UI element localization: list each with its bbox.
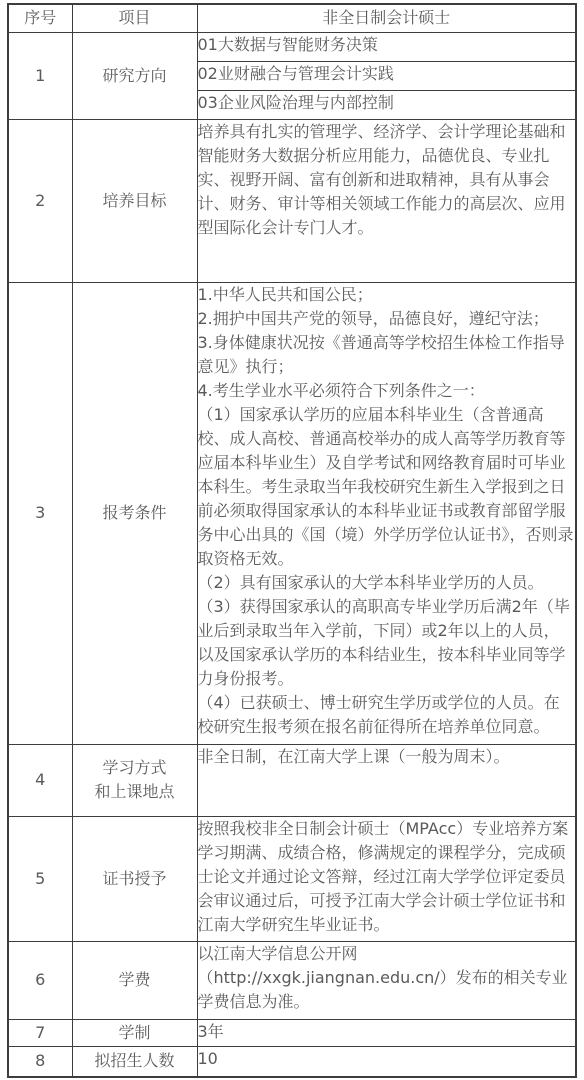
header-item: 项目 [72, 4, 197, 32]
study-mode-text: 非全日制，在江南大学上课（一般为周末）。 [197, 744, 576, 816]
application-requirements-text: 1.中华人民共和国公民； 2.拥护中国共产党的领导，品德良好，遵纪守法； 3.身… [197, 282, 576, 744]
row-label-research-directions: 研究方向 [72, 32, 197, 119]
table-row-planned-enrollment: 8 拟招生人数 10 [8, 1046, 576, 1077]
row-number: 5 [8, 816, 72, 941]
row-label-planned-enrollment: 拟招生人数 [72, 1046, 197, 1077]
table-row-application-requirements: 3 报考条件 1.中华人民共和国公民； 2.拥护中国共产党的领导，品德良好，遵纪… [8, 282, 576, 744]
research-direction-2: 02业财融合与管理会计实践 [197, 61, 576, 90]
research-direction-3: 03企业风险治理与内部控制 [197, 90, 576, 119]
tuition-text: 以江南大学信息公开网 （http://xxgk.jiangnan.edu.cn/… [197, 941, 576, 1019]
row-number: 3 [8, 282, 72, 744]
planned-enrollment-text: 10 [197, 1046, 576, 1077]
row-number: 2 [8, 119, 72, 282]
program-info-table: 序号 项目 非全日制会计硕士 1 研究方向 01大数据与智能财务决策 02业财融… [7, 3, 577, 1078]
table-row-program-duration: 7 学制 3年 [8, 1019, 576, 1046]
table-row-study-mode: 4 学习方式 和上课地点 非全日制，在江南大学上课（一般为周末）。 [8, 744, 576, 816]
table-header-row: 序号 项目 非全日制会计硕士 [8, 4, 576, 32]
table-row-tuition: 6 学费 以江南大学信息公开网 （http://xxgk.jiangnan.ed… [8, 941, 576, 1019]
row-label-tuition: 学费 [72, 941, 197, 1019]
row-number: 8 [8, 1046, 72, 1077]
table-row-certificates: 5 证书授予 按照我校非全日制会计硕士（MPAcc）专业培养方案学习期满、成绩合… [8, 816, 576, 941]
row-number: 1 [8, 32, 72, 119]
row-number: 6 [8, 941, 72, 1019]
row-label-certificates: 证书授予 [72, 816, 197, 941]
header-serial-number: 序号 [8, 4, 72, 32]
row-label-training-objectives: 培养目标 [72, 119, 197, 282]
header-program-title: 非全日制会计硕士 [197, 4, 576, 32]
row-number: 4 [8, 744, 72, 816]
program-duration-text: 3年 [197, 1019, 576, 1046]
table-row-training-objectives: 2 培养目标 培养具有扎实的管理学、经济学、会计学理论基础和智能财务大数据分析应… [8, 119, 576, 282]
row-label-program-duration: 学制 [72, 1019, 197, 1046]
admissions-info-page: 序号 项目 非全日制会计硕士 1 研究方向 01大数据与智能财务决策 02业财融… [0, 0, 584, 1080]
certificates-text: 按照我校非全日制会计硕士（MPAcc）专业培养方案学习期满、成绩合格，修满规定的… [197, 816, 576, 941]
table-row-research-directions: 1 研究方向 01大数据与智能财务决策 [8, 32, 576, 61]
row-label-application-requirements: 报考条件 [72, 282, 197, 744]
research-direction-1: 01大数据与智能财务决策 [197, 32, 576, 61]
row-number: 7 [8, 1019, 72, 1046]
training-objectives-text: 培养具有扎实的管理学、经济学、会计学理论基础和智能财务大数据分析应用能力，品德优… [197, 119, 576, 282]
row-label-study-mode: 学习方式 和上课地点 [72, 744, 197, 816]
